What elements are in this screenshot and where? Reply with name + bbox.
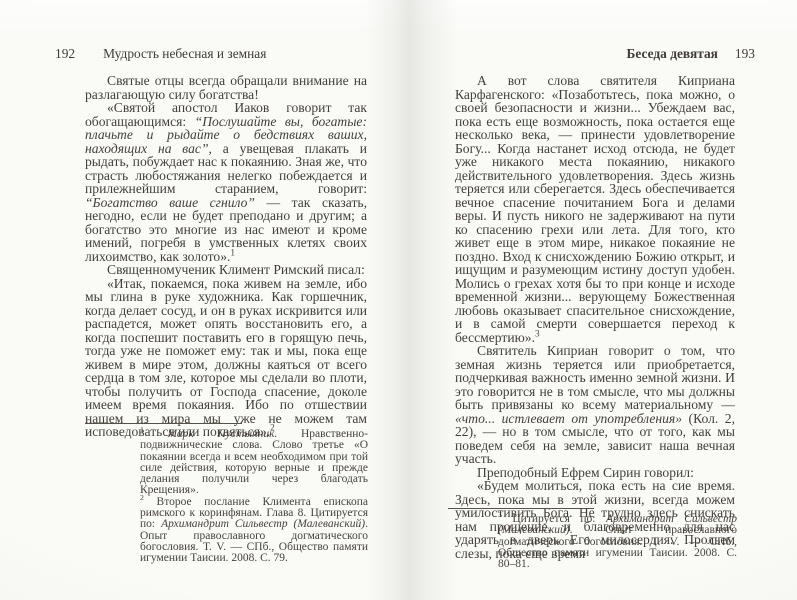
- footnote: 1 Марк Пустынник. Нравственно-подвижниче…: [140, 429, 368, 497]
- left-page: 192 Мудрость небесная и земная Святые от…: [0, 0, 400, 600]
- open-book-photo: 192 Мудрость небесная и земная Святые от…: [0, 0, 797, 600]
- left-running-head: 192 Мудрость небесная и земная: [55, 46, 266, 62]
- footnote: 3 Цитируется по: Архимандрит Сильвестр (…: [498, 514, 737, 570]
- paragraph: А вот слова святителя Киприана Карфагенс…: [455, 74, 735, 344]
- right-page-body: А вот слова святителя Киприана Карфагенс…: [455, 74, 735, 560]
- left-footnotes: 1 Марк Пустынник. Нравственно-подвижниче…: [140, 429, 368, 565]
- paragraph: Святые отцы всегда обращали внимание на …: [85, 74, 367, 101]
- right-page-number: 193: [735, 46, 755, 62]
- right-running-head: Беседа девятая 193: [455, 46, 755, 62]
- left-page-body: Святые отцы всегда обращали внимание на …: [85, 74, 367, 439]
- right-footnote-rule: [448, 508, 594, 509]
- footnote: 2 Второе послание Климента епископа римс…: [140, 497, 368, 565]
- right-page: Беседа девятая 193 А вот слова святителя…: [400, 0, 797, 600]
- paragraph: «Святой апостол Иаков говорит так обогащ…: [85, 101, 367, 263]
- paragraph: Святитель Киприан говорит о том, что зем…: [455, 344, 735, 466]
- left-footnote-rule: [85, 423, 242, 424]
- paragraph: Священномученик Климент Римский писал:: [85, 263, 367, 277]
- left-running-title: Мудрость небесная и земная: [103, 46, 266, 62]
- left-page-number: 192: [55, 46, 75, 62]
- right-running-title: Беседа девятая: [627, 46, 718, 62]
- paragraph: Преподобный Ефрем Сирин говорил:: [455, 466, 735, 480]
- right-footnotes: 3 Цитируется по: Архимандрит Сильвестр (…: [498, 514, 737, 570]
- paragraph: «Итак, покаемся, пока живем на земле, иб…: [85, 277, 367, 439]
